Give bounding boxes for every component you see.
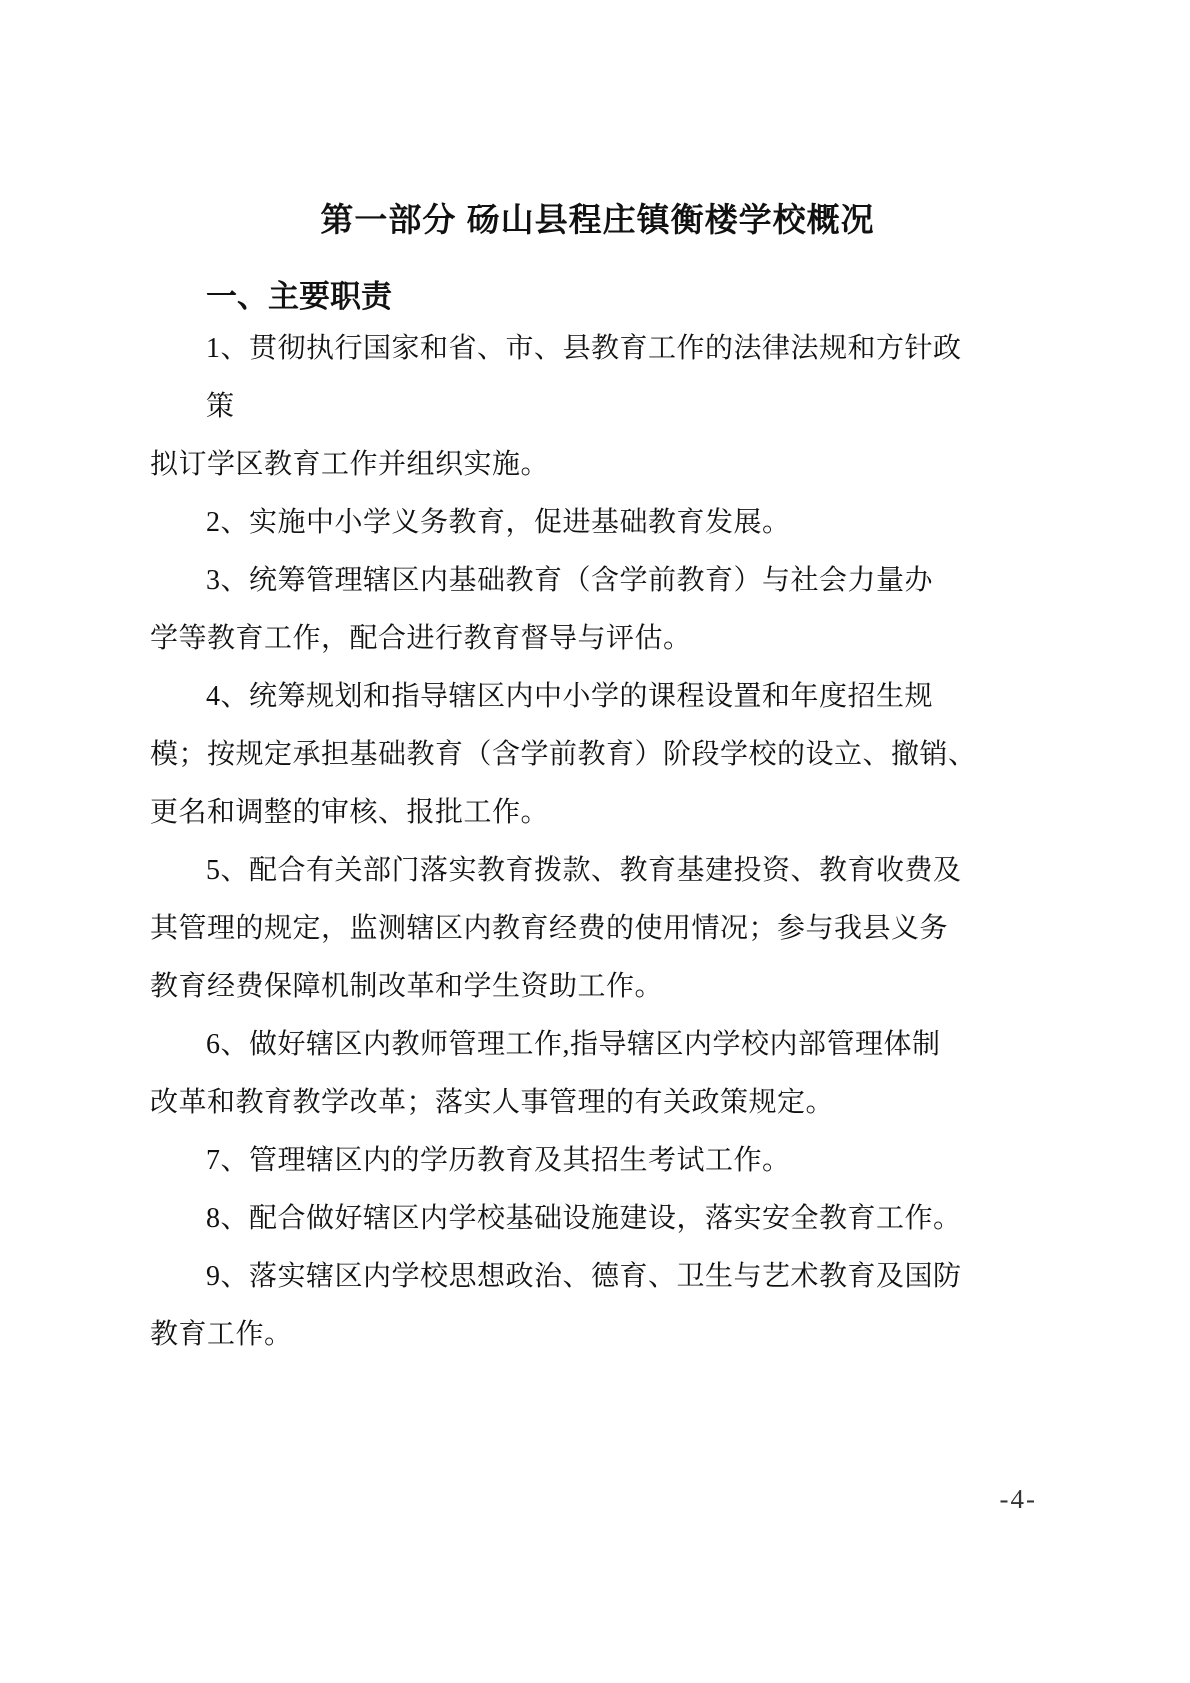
document-content: 第一部分 砀山县程庄镇衡楼学校概况 一、主要职责 1、贯彻执行国家和省、市、县教… bbox=[150, 196, 1045, 1364]
body-line: 模；按规定承担基础教育（含学前教育）阶段学校的设立、撤销、 bbox=[150, 726, 1045, 784]
document-page: 第一部分 砀山县程庄镇衡楼学校概况 一、主要职责 1、贯彻执行国家和省、市、县教… bbox=[0, 0, 1190, 1683]
body-line: 其管理的规定，监测辖区内教育经费的使用情况；参与我县义务 bbox=[150, 900, 1045, 958]
body-line: 改革和教育教学改革；落实人事管理的有关政策规定。 bbox=[150, 1074, 1045, 1132]
document-title: 第一部分 砀山县程庄镇衡楼学校概况 bbox=[150, 196, 1045, 244]
body-line: 3、统筹管理辖区内基础教育（含学前教育）与社会力量办 bbox=[150, 552, 1045, 610]
body-line: 教育工作。 bbox=[150, 1306, 1045, 1364]
body-line: 4、统筹规划和指导辖区内中小学的课程设置和年度招生规 bbox=[150, 668, 1045, 726]
body-line: 教育经费保障机制改革和学生资助工作。 bbox=[150, 958, 1045, 1016]
body-line: 8、配合做好辖区内学校基础设施建设，落实安全教育工作。 bbox=[150, 1190, 1045, 1248]
body-line: 6、做好辖区内教师管理工作,指导辖区内学校内部管理体制 bbox=[150, 1016, 1045, 1074]
page-number: -4- bbox=[1000, 1483, 1037, 1515]
body-line: 1、贯彻执行国家和省、市、县教育工作的法律法规和方针政 bbox=[150, 320, 1045, 378]
body-line: 拟订学区教育工作并组织实施。 bbox=[150, 436, 1045, 494]
body-line: 9、落实辖区内学校思想政治、德育、卫生与艺术教育及国防 bbox=[150, 1248, 1045, 1306]
body-line: 更名和调整的审核、报批工作。 bbox=[150, 784, 1045, 842]
section-heading: 一、主要职责 bbox=[150, 274, 1045, 320]
body-text: 1、贯彻执行国家和省、市、县教育工作的法律法规和方针政策拟订学区教育工作并组织实… bbox=[150, 320, 1045, 1364]
body-line: 2、实施中小学义务教育，促进基础教育发展。 bbox=[150, 494, 1045, 552]
body-line: 5、配合有关部门落实教育拨款、教育基建投资、教育收费及 bbox=[150, 842, 1045, 900]
body-line: 7、管理辖区内的学历教育及其招生考试工作。 bbox=[150, 1132, 1045, 1190]
body-line: 策 bbox=[150, 378, 1045, 436]
body-line: 学等教育工作，配合进行教育督导与评估。 bbox=[150, 610, 1045, 668]
